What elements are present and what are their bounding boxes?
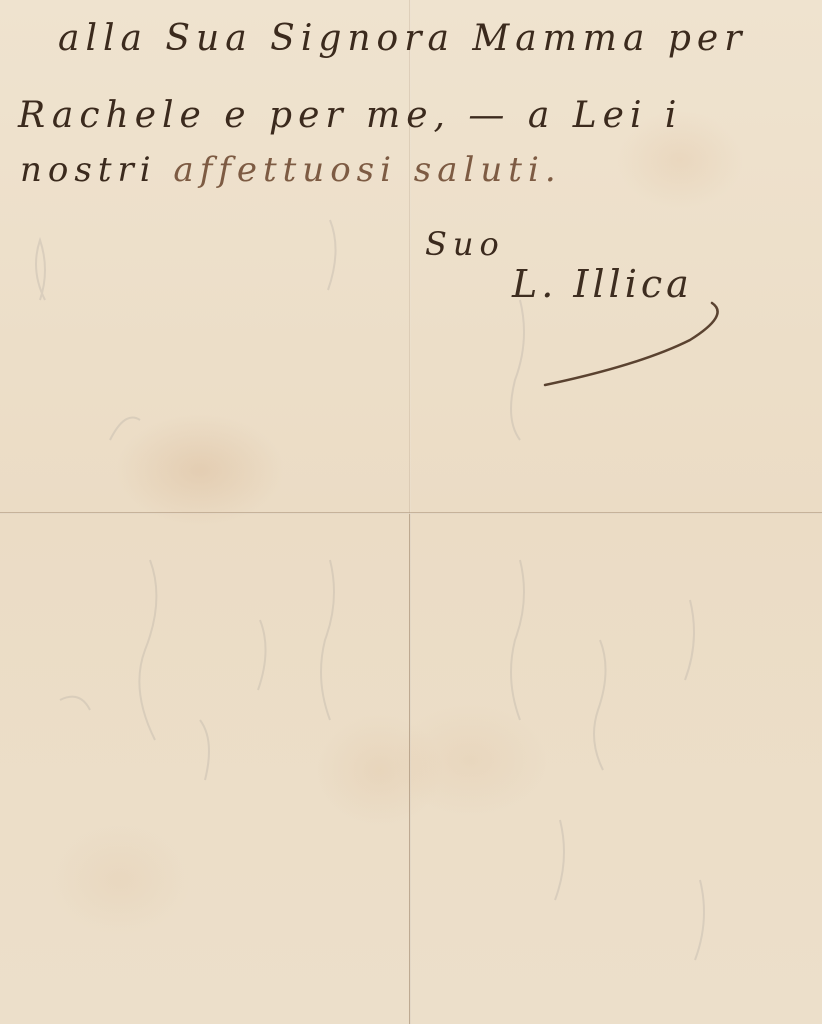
letter-line-3-faded: affettuosi saluti. [173, 150, 561, 190]
letter-page: alla Sua Signora Mamma per Rachele e per… [0, 0, 822, 1024]
letter-line-3: nostri affettuosi saluti. [20, 150, 562, 190]
horizontal-fold-crease [0, 512, 822, 514]
closing-word: Suo [425, 225, 505, 263]
letter-line-1: alla Sua Signora Mamma per [58, 18, 747, 59]
vertical-fold-crease-lower [409, 514, 411, 1024]
letter-line-2: Rachele e per me, — a Lei i [18, 95, 682, 136]
letter-line-3-word: nostri [20, 150, 157, 190]
signature-flourish [540, 285, 740, 395]
